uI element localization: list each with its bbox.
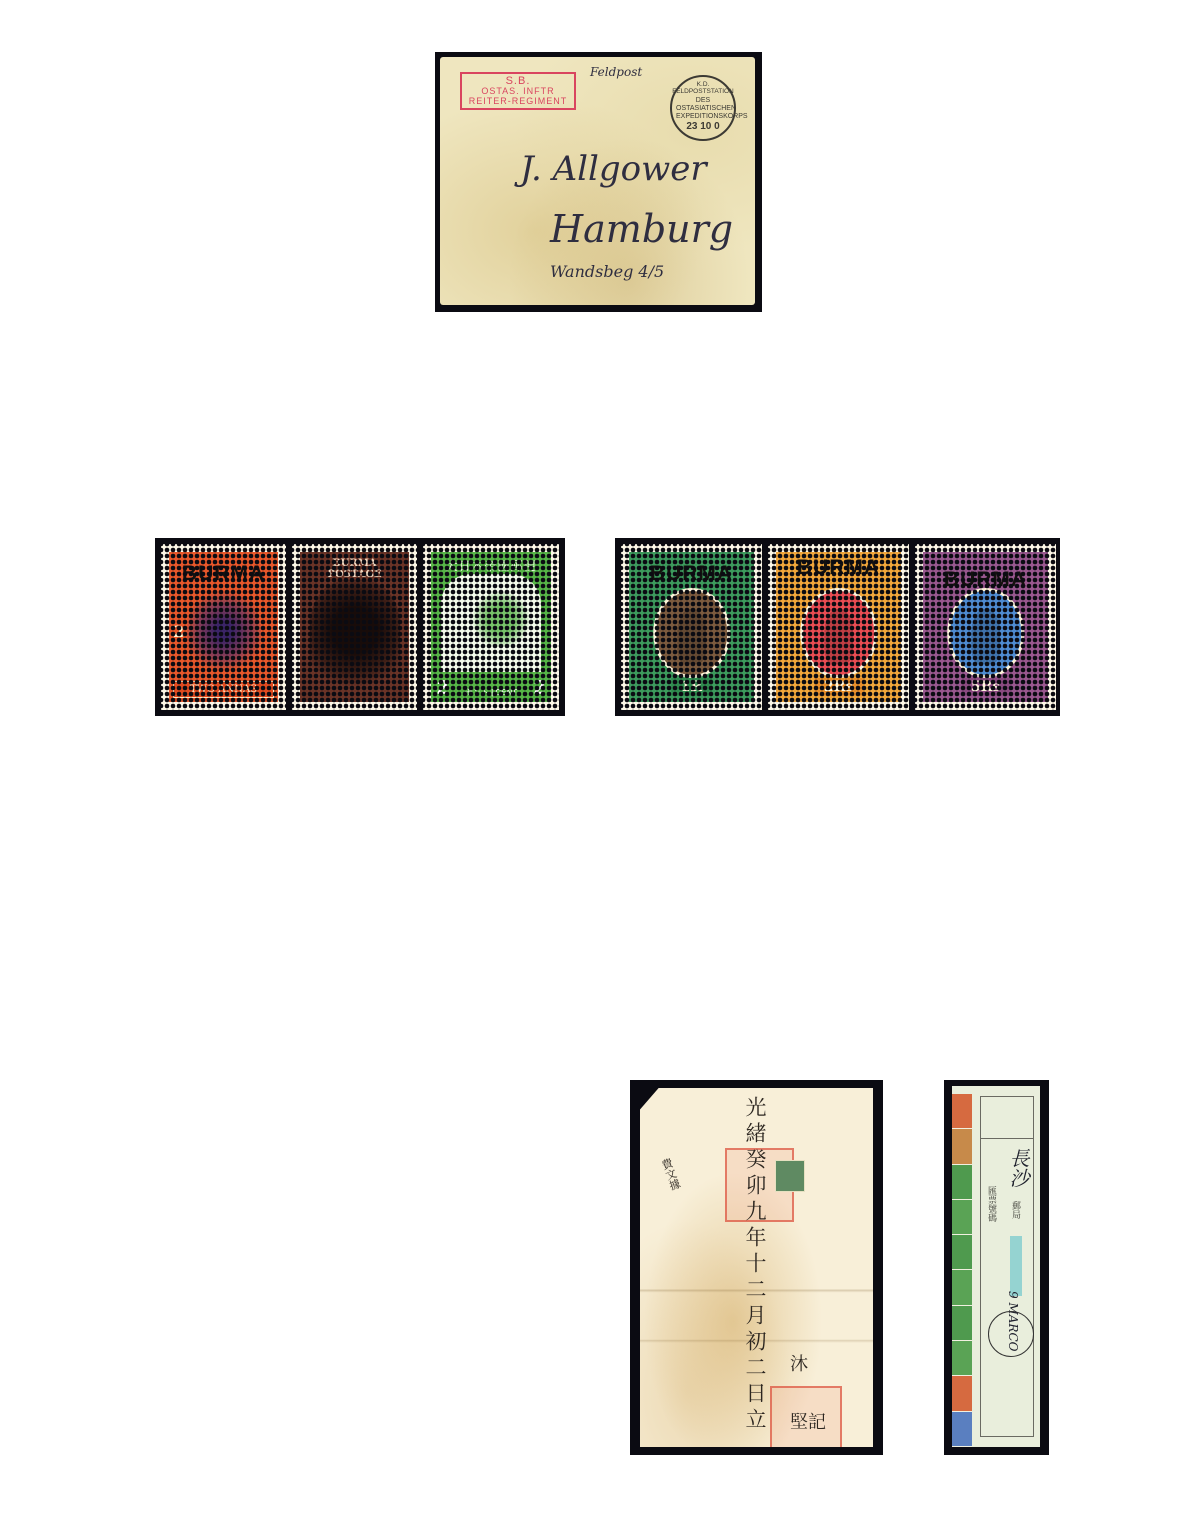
address-street: Wandsbeg 4/5 bbox=[550, 262, 664, 281]
address-city: Hamburg bbox=[550, 207, 733, 251]
stamp-two-annas[interactable]: BURMA 2 TWO ANNAS bbox=[161, 544, 286, 710]
stamp-2-rupees[interactable]: BURMA 2Rs bbox=[768, 544, 909, 710]
value-figure: 2 bbox=[173, 622, 184, 641]
overprint: BURMA bbox=[629, 562, 754, 586]
value-tablet: TWO ANNAS bbox=[173, 681, 274, 698]
form-text-1: 郵局 bbox=[1010, 1201, 1023, 1219]
addressee: J. Allgower bbox=[520, 149, 707, 189]
portrait-oval bbox=[800, 588, 878, 678]
document-signature-1: 沐 bbox=[790, 1350, 808, 1376]
stamp-design: BURMA POSTAGE bbox=[300, 552, 409, 702]
stamp-5-rupees[interactable]: BURMA 5Rs bbox=[915, 544, 1056, 710]
portrait-oval bbox=[947, 588, 1025, 678]
manuscript-note: Feldpost bbox=[590, 65, 642, 79]
king-portrait bbox=[824, 609, 853, 664]
burma-stamps-row-2[interactable]: BURMA 1R BURMA 2Rs BURMA 5Rs bbox=[615, 538, 1060, 716]
header-line-2: POSTAGE bbox=[300, 569, 409, 580]
document-side-note: 費文據 bbox=[657, 1156, 683, 1192]
strip-stamp bbox=[952, 1235, 972, 1270]
strip-stamp bbox=[952, 1376, 972, 1411]
burma-stamps-row-1[interactable]: BURMA 2 TWO ANNAS BURMA POSTAGE 大日本帝國郵便 … bbox=[155, 538, 565, 716]
form-text-2: 匯票號碼 bbox=[986, 1186, 999, 1222]
peacock-handstamp bbox=[187, 586, 261, 676]
king-portrait bbox=[971, 609, 1000, 664]
revenue-stamp bbox=[775, 1160, 805, 1192]
overprint: BURMA bbox=[923, 568, 1048, 592]
receipt-postmark bbox=[988, 1311, 1034, 1357]
cachet-line-1: S.B. bbox=[462, 76, 574, 86]
strip-stamp bbox=[952, 1341, 972, 1376]
header-line-1: BURMA bbox=[300, 558, 409, 569]
cachet-line-2: OSTAS. INFTR bbox=[462, 86, 574, 96]
portrait-oval bbox=[653, 588, 731, 678]
form-header-grid bbox=[980, 1098, 1034, 1139]
stamp-header: BURMA POSTAGE bbox=[300, 558, 409, 580]
overprint: BURMA bbox=[169, 562, 278, 586]
red-boxed-cachet: S.B. OSTAS. INFTR REITER-REGIMENT bbox=[460, 72, 576, 110]
blue-handstamp bbox=[1010, 1236, 1022, 1296]
value-tablet: 2Rs bbox=[814, 678, 863, 696]
strip-stamp bbox=[952, 1165, 972, 1200]
currency-jp: セント bbox=[465, 688, 489, 697]
stamp-strip bbox=[952, 1094, 972, 1447]
king-portrait bbox=[677, 609, 706, 664]
postmark-ring-text: K.D. FELDPOSTSTATION bbox=[672, 81, 734, 95]
strip-stamp bbox=[952, 1270, 972, 1305]
stamp-shan-states[interactable]: 大日本帝國郵便 シャン 2 セント | CENT 2 bbox=[423, 544, 559, 710]
japanese-header: 大日本帝國郵便 bbox=[431, 557, 551, 574]
currency-en: CENT bbox=[495, 688, 517, 697]
stamp-1-rupee[interactable]: BURMA 1R bbox=[621, 544, 762, 710]
postmark-middle-text: DES OSTASIATISCHEN EXPEDITIONSKORPS bbox=[676, 97, 730, 121]
value-tablet: 1R bbox=[671, 678, 712, 696]
peacock-overprint bbox=[310, 580, 400, 692]
document-paper: 光緒癸卯九年十二月初二日立 費文據 沐 堅記 bbox=[640, 1088, 873, 1447]
strip-stamp bbox=[952, 1306, 972, 1341]
value-tablet: 5Rs bbox=[961, 678, 1010, 696]
strip-stamp bbox=[952, 1129, 972, 1164]
stamp-design: BURMA 2 TWO ANNAS bbox=[169, 552, 278, 702]
field-post-postmark: K.D. FELDPOSTSTATION DES OSTASIATISCHEN … bbox=[670, 75, 736, 141]
cover-image[interactable]: S.B. OSTAS. INFTR REITER-REGIMENT Feldpo… bbox=[435, 52, 762, 312]
stamp-design: 大日本帝國郵便 シャン 2 セント | CENT 2 bbox=[431, 552, 551, 702]
cachet-line-3: REITER-REGIMENT bbox=[462, 96, 574, 106]
chinese-document-image[interactable]: 光緒癸卯九年十二月初二日立 費文據 沐 堅記 bbox=[630, 1080, 883, 1455]
strip-stamp bbox=[952, 1094, 972, 1129]
elephant-vignette bbox=[471, 592, 531, 647]
stamp-design: BURMA 2Rs bbox=[776, 552, 901, 702]
receipt-form: 匯票號碼 長沙 郵局 9 MARCO bbox=[952, 1086, 1040, 1447]
postmark-date: 23 10 0 bbox=[672, 121, 734, 132]
document-main-column: 光緒癸卯九年十二月初二日立 bbox=[740, 1096, 770, 1434]
stamp-design: BURMA 1R bbox=[629, 552, 754, 702]
handwritten-city: 長沙 bbox=[1004, 1148, 1033, 1188]
value-right: 2 bbox=[534, 677, 545, 700]
strip-stamp bbox=[952, 1200, 972, 1235]
envelope: S.B. OSTAS. INFTR REITER-REGIMENT Feldpo… bbox=[440, 57, 755, 305]
overprint: BURMA bbox=[776, 556, 901, 580]
stamp-burma-postage[interactable]: BURMA POSTAGE bbox=[292, 544, 417, 710]
stamp-design: BURMA 5Rs bbox=[923, 552, 1048, 702]
strip-stamp bbox=[952, 1412, 972, 1447]
receipt-strip-image[interactable]: 匯票號碼 長沙 郵局 9 MARCO bbox=[944, 1080, 1049, 1455]
document-signature-2: 堅記 bbox=[790, 1408, 826, 1434]
